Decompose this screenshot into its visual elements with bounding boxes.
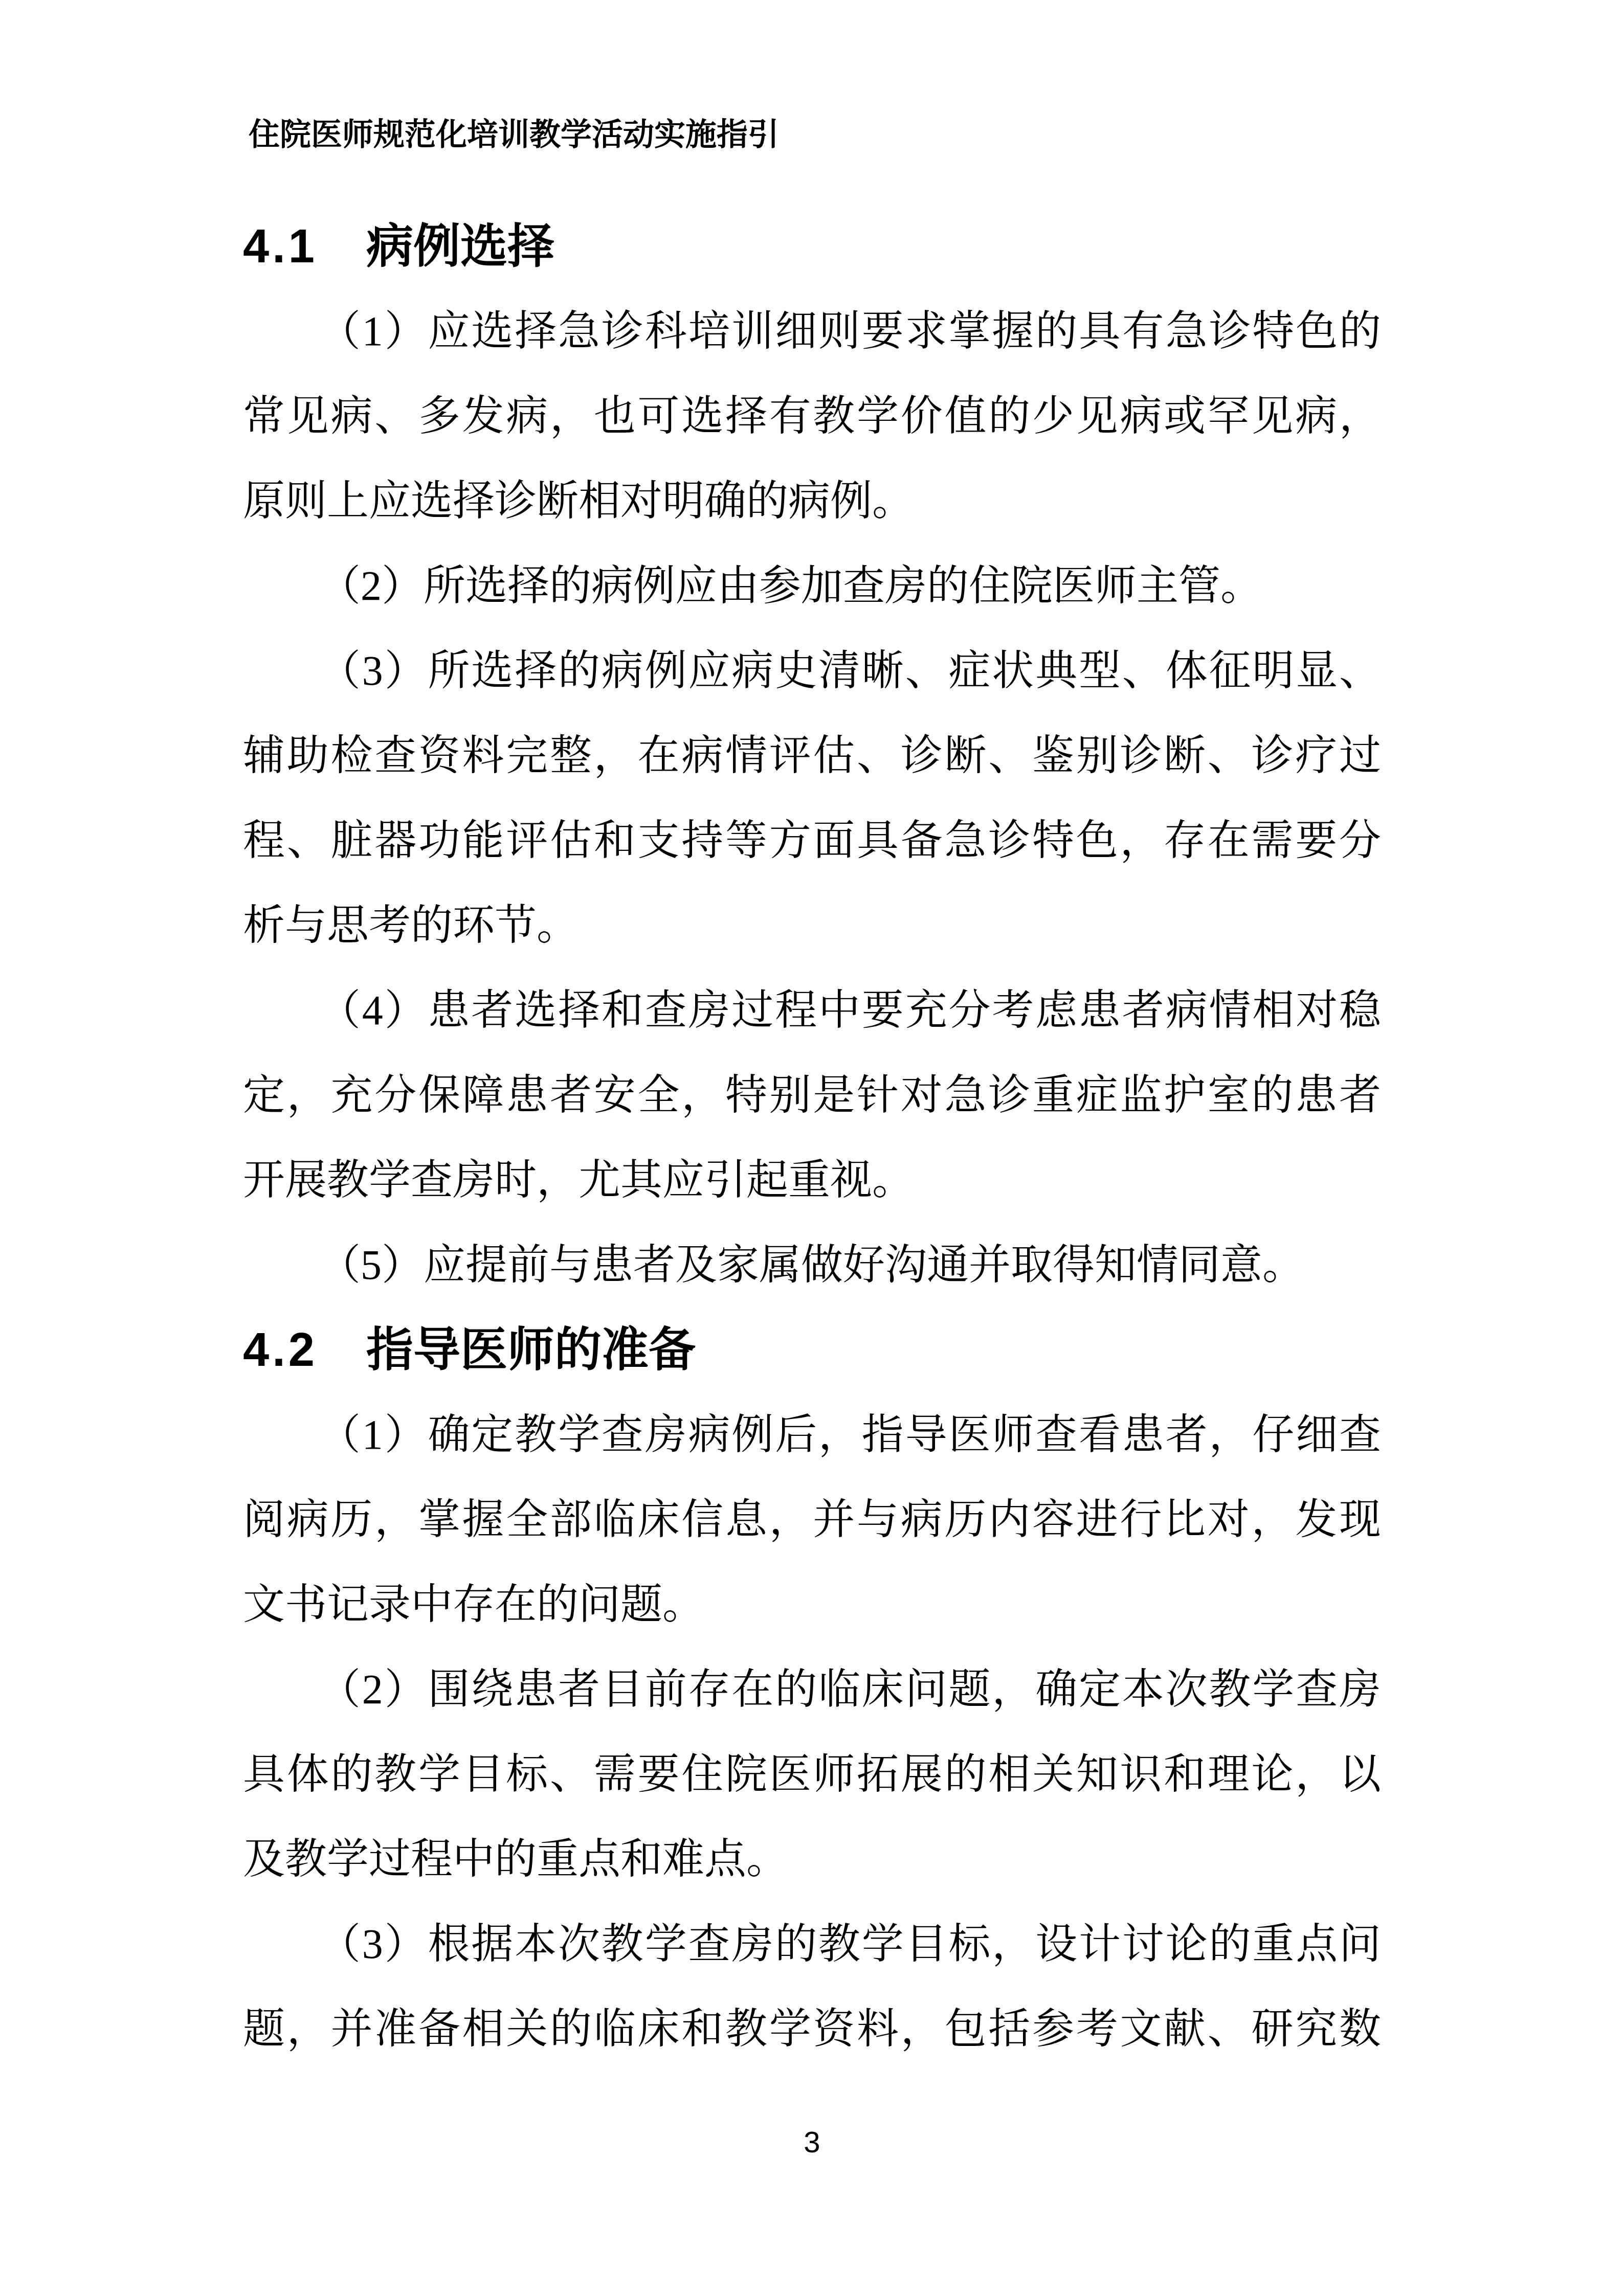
body-line: 开展教学查房时，尤其应引起重视。 xyxy=(243,1138,1381,1223)
body-line: 题，并准备相关的临床和教学资料，包括参考文献、研究数 xyxy=(243,1987,1381,2072)
body-line: 文书记录中存在的问题。 xyxy=(243,1562,1381,1647)
body-line: 定，充分保障患者安全，特别是针对急诊重症监护室的患者 xyxy=(243,1053,1381,1138)
document-body: 4.1病例选择 （1）应选择急诊科培训细则要求掌握的具有急诊特色的 常见病、多发… xyxy=(243,204,1381,2072)
body-line: （3）所选择的病例应病史清晰、症状典型、体征明显、 xyxy=(243,628,1381,713)
body-line: 常见病、多发病，也可选择有教学价值的少见病或罕见病， xyxy=(243,374,1381,459)
section-title: 病例选择 xyxy=(366,220,554,273)
body-line: 阅病历，掌握全部临床信息，并与病历内容进行比对，发现 xyxy=(243,1477,1381,1562)
body-line: 及教学过程中的重点和难点。 xyxy=(243,1817,1381,1902)
body-line: （2）围绕患者目前存在的临床问题，确定本次教学查房 xyxy=(243,1647,1381,1732)
body-line: 程、脏器功能评估和支持等方面具备急诊特色，存在需要分 xyxy=(243,798,1381,883)
page-number: 3 xyxy=(0,2125,1624,2160)
body-line: （1）应选择急诊科培训细则要求掌握的具有急诊特色的 xyxy=(243,289,1381,374)
body-line: （4）患者选择和查房过程中要充分考虑患者病情相对稳 xyxy=(243,968,1381,1053)
body-line: 具体的教学目标、需要住院医师拓展的相关知识和理论，以 xyxy=(243,1732,1381,1817)
body-line: 析与思考的环节。 xyxy=(243,883,1381,968)
body-line: （3）根据本次教学查房的教学目标，设计讨论的重点问 xyxy=(243,1902,1381,1987)
section-number: 4.1 xyxy=(243,220,318,273)
section-heading-4-1: 4.1病例选择 xyxy=(243,204,1381,289)
running-header: 住院医师规范化培训教学活动实施指引 xyxy=(249,116,779,153)
section-number: 4.2 xyxy=(243,1324,318,1376)
body-line: （5）应提前与患者及家属做好沟通并取得知情同意。 xyxy=(243,1223,1381,1308)
section-heading-4-2: 4.2指导医师的准备 xyxy=(243,1308,1381,1392)
body-line: 辅助检查资料完整，在病情评估、诊断、鉴别诊断、诊疗过 xyxy=(243,713,1381,798)
body-line: （1）确定教学查房病例后，指导医师查看患者，仔细查 xyxy=(243,1392,1381,1477)
body-line: （2）所选择的病例应由参加查房的住院医师主管。 xyxy=(243,544,1381,628)
body-line: 原则上应选择诊断相对明确的病例。 xyxy=(243,459,1381,544)
section-title: 指导医师的准备 xyxy=(366,1324,696,1376)
document-page: 住院医师规范化培训教学活动实施指引 4.1病例选择 （1）应选择急诊科培训细则要… xyxy=(0,0,1624,2296)
